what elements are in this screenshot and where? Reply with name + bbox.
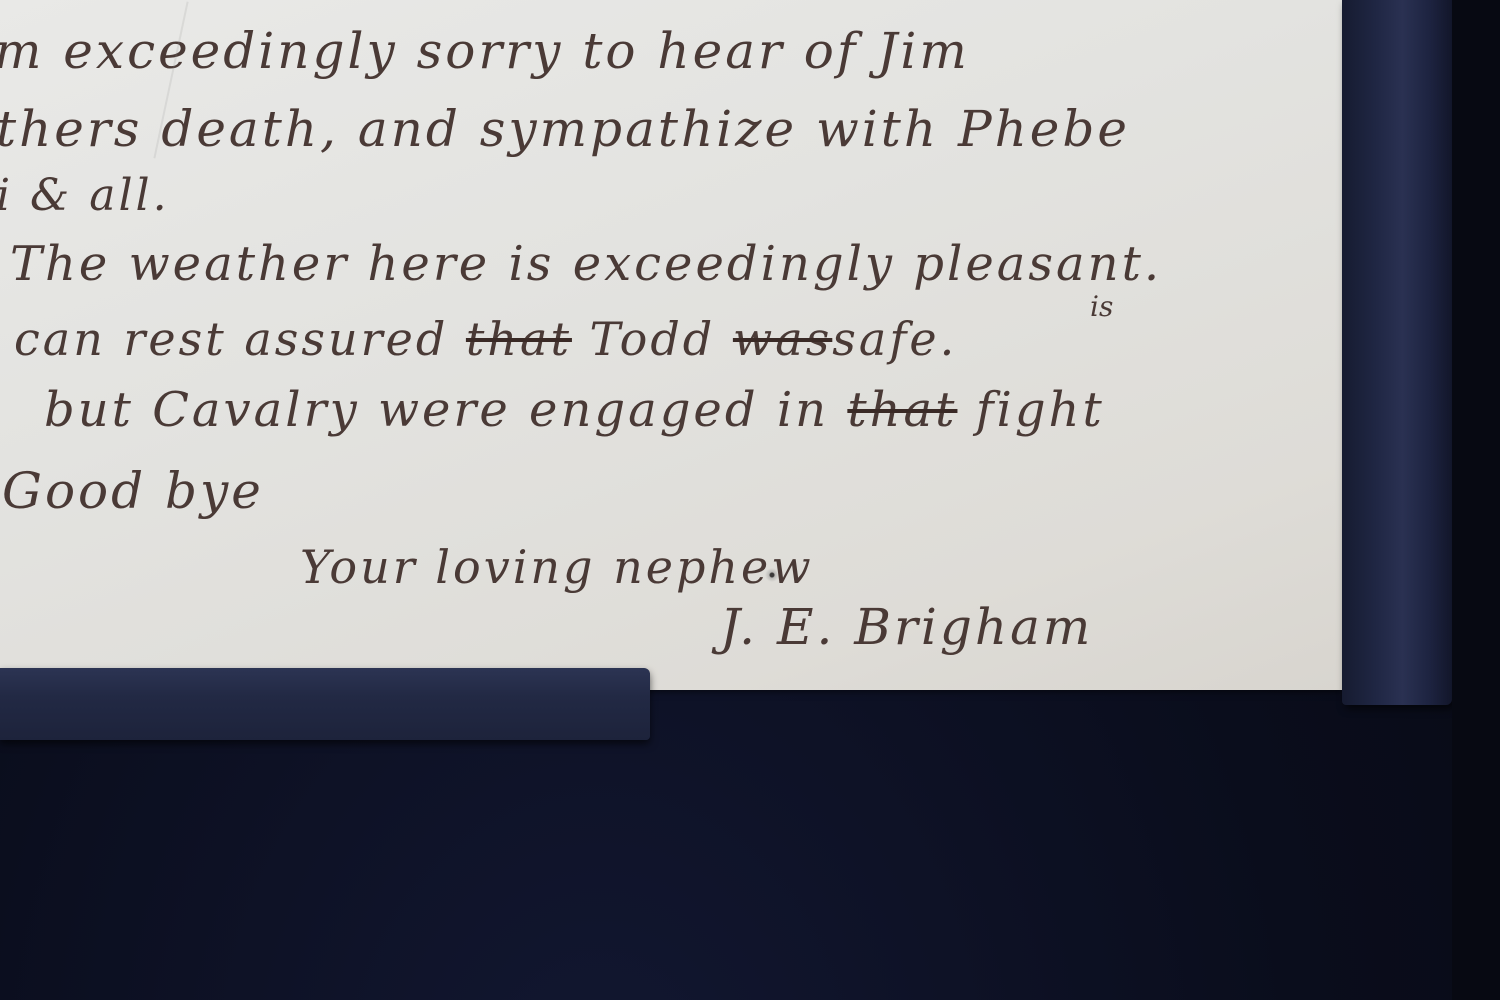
closing-line: Your loving nephew: [300, 540, 814, 594]
line-6-tail: fight: [957, 382, 1104, 438]
struck-word-that-2: that: [847, 382, 957, 438]
struck-word-that: that: [466, 312, 572, 366]
frame-mat-right-strip: [1342, 0, 1452, 705]
line-5-todd: Todd: [572, 312, 733, 366]
insertion-is: is: [1090, 290, 1113, 323]
letter-line-6: but Cavalry were engaged in that fight: [44, 382, 1105, 438]
frame-mat-bottom-strip: [0, 668, 650, 740]
letter-line-2: thers death, and sympathize with Phebe: [0, 100, 1130, 158]
struck-word-was: was: [733, 312, 832, 366]
frame-shadow: [1452, 0, 1500, 1000]
letter-line-1: m exceedingly sorry to hear of Jim: [0, 22, 970, 80]
letter-line-3: i & all.: [0, 170, 170, 221]
letter-paper: m exceedingly sorry to hear of Jim thers…: [0, 0, 1342, 690]
paper-spot: [765, 568, 779, 582]
letter-line-7: Good bye: [2, 462, 264, 520]
letter-line-4: The weather here is exceedingly pleasant…: [10, 236, 1162, 292]
line-5-tail: safe.: [832, 312, 957, 366]
line-5-text: can rest assured: [14, 312, 466, 366]
letter-line-5: can rest assured that Todd wassafe.: [14, 312, 957, 366]
line-6-text: but Cavalry were engaged in: [44, 382, 847, 438]
signature: J. E. Brigham: [720, 598, 1093, 656]
